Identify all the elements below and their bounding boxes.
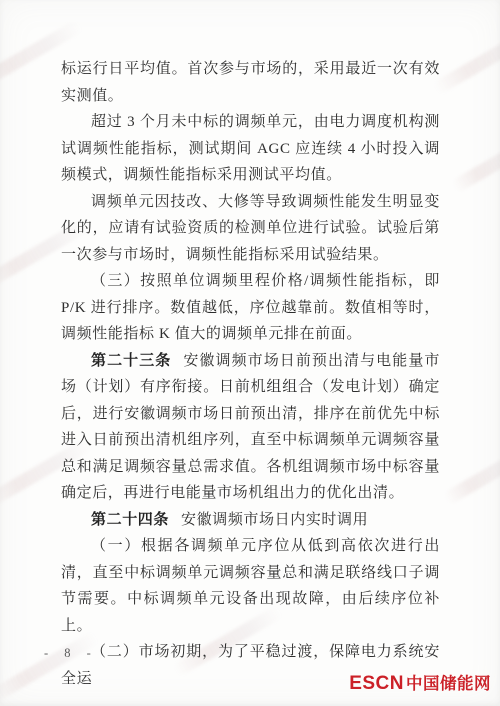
escn-logo: ESCN 中国储能网	[349, 670, 491, 695]
paragraph: 第二十三条安徽调频市场日前预出清与电能量市场（计划）有序衔接。日前机组组合（发电…	[61, 348, 440, 507]
document-body: 标运行日平均值。首次参与市场的，采用最近一次有效实测值。 超过 3 个月未中标的…	[61, 56, 440, 692]
paragraph-text: 调频单元因技改、大修等导致调频性能发生明显变化的，应请有试验资质的检测单位进行试…	[61, 194, 440, 263]
escn-logo-latin: ESCN	[349, 673, 404, 695]
paragraph: 第二十四条安徽调频市场日内实时调用	[61, 507, 440, 534]
page-number: - 8 -	[44, 646, 96, 661]
paragraph-text: 标运行日平均值。首次参与市场的，采用最近一次有效实测值。	[61, 61, 440, 104]
paragraph-text: （一）根据各调频单元序位从低到高依次进行出清，直至中标调频单元调频容量总和满足联…	[61, 538, 440, 634]
escn-logo-chinese: 中国储能网	[406, 670, 491, 694]
paragraph: （三）按照单位调频里程价格/调频性能指标，即 P/K 进行排序。数值越低，序位越…	[61, 268, 440, 348]
paragraph-text: 安徽调频市场日内实时调用	[181, 512, 368, 528]
paragraph: 超过 3 个月未中标的调频单元，由电力调度机构测试调频性能指标，测试期间 AGC…	[61, 109, 440, 189]
article-number: 第二十四条	[91, 511, 169, 528]
paragraph: （一）根据各调频单元序位从低到高依次进行出清，直至中标调频单元调频容量总和满足联…	[61, 533, 440, 639]
watermark-smudge	[451, 136, 500, 193]
paragraph-text: 超过 3 个月未中标的调频单元，由电力调度机构测试调频性能指标，测试期间 AGC…	[61, 114, 440, 183]
paragraph-text: 安徽调频市场日前预出清与电能量市场（计划）有序衔接。日前机组组合（发电计划）确定…	[61, 353, 440, 502]
watermark-smudge	[433, 23, 500, 95]
paragraph: 标运行日平均值。首次参与市场的，采用最近一次有效实测值。	[61, 56, 440, 109]
paragraph-text: （三）按照单位调频里程价格/调频性能指标，即 P/K 进行排序。数值越低，序位越…	[61, 273, 440, 342]
paragraph: 调频单元因技改、大修等导致调频性能发生明显变化的，应请有试验资质的检测单位进行试…	[61, 189, 440, 269]
watermark-smudge	[443, 448, 500, 505]
article-number: 第二十三条	[91, 352, 171, 369]
